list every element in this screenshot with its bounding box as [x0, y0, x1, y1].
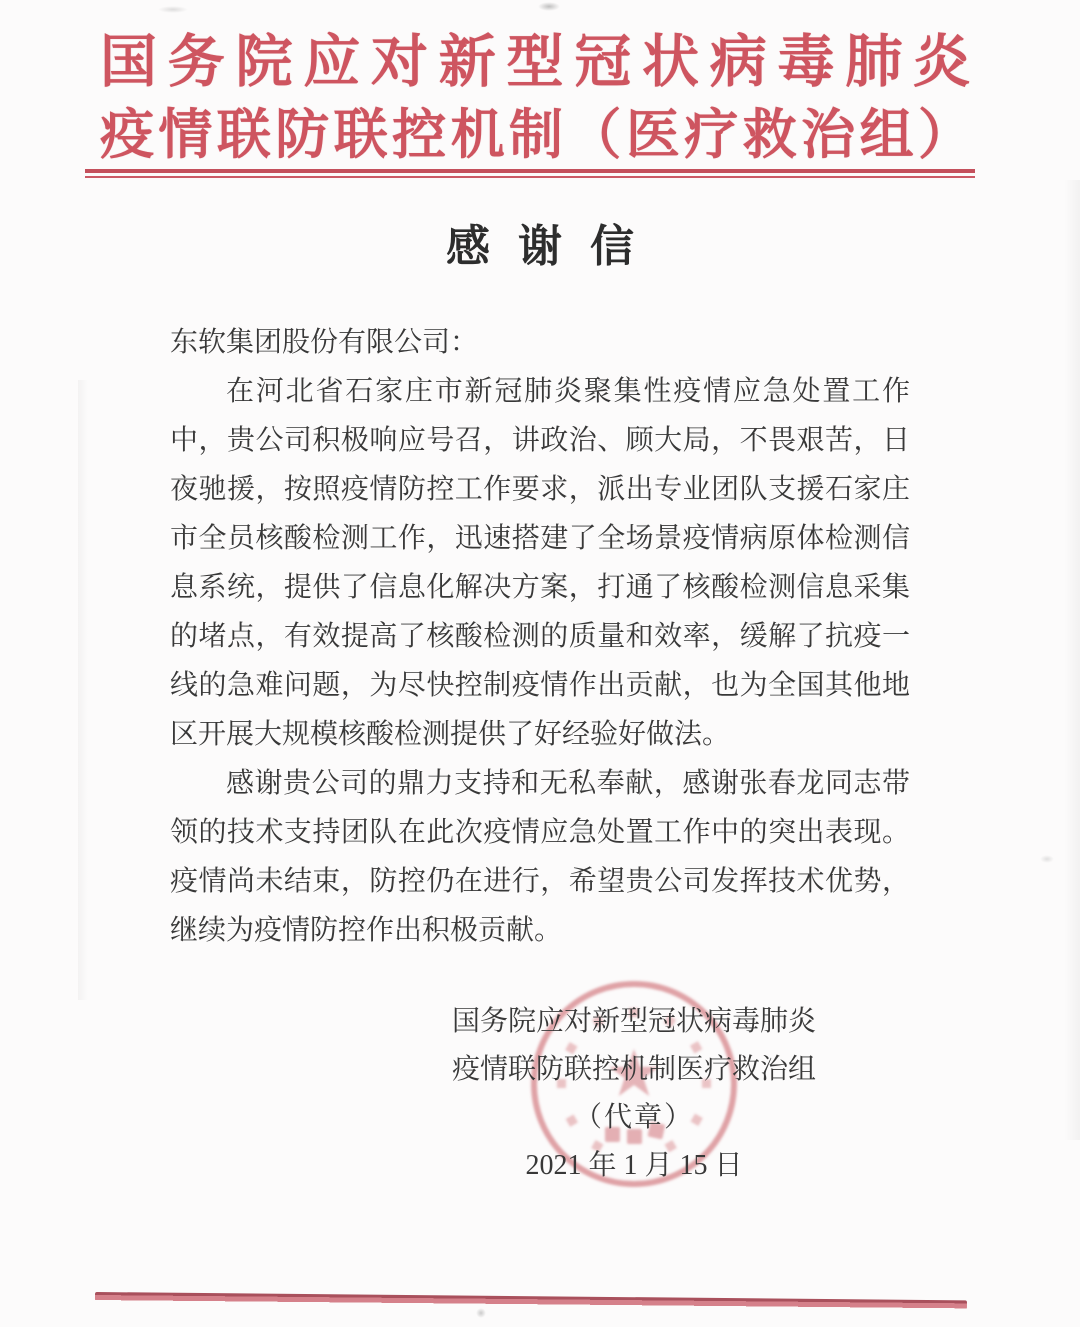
scan-smudge — [78, 380, 88, 1000]
body-line: 在河北省石家庄市新冠肺炎聚集性疫情应急处置工作 — [170, 367, 910, 416]
body-line: 继续为疫情防控作出积极贡献。 — [170, 906, 910, 955]
body-line: 中，贵公司积极响应号召，讲政治、顾大局，不畏艰苦，日 — [170, 416, 910, 465]
recipient-line: 东软集团股份有限公司： — [170, 318, 910, 367]
body-line: 区开展大规模核酸检测提供了好经验好做法。 — [170, 710, 910, 759]
body-line: 市全员核酸检测工作，迅速搭建了全场景疫情病原体检测信 — [170, 514, 910, 563]
body-line: 疫情尚未结束，防控仍在进行，希望贵公司发挥技术优势， — [170, 857, 910, 906]
letterhead-divider — [85, 169, 975, 179]
signature-seal-note: （代章） — [452, 1094, 816, 1142]
letterhead: 国务院应对新型冠状病毒肺炎 疫情联防联控机制（医疗救治组） — [100, 30, 972, 167]
signature-line-2: 疫情联防联控机制医疗救治组 — [452, 1046, 816, 1094]
scan-smudge — [538, 2, 560, 11]
scan-smudge — [158, 6, 188, 13]
body-line: 领的技术支持团队在此次疫情应急处置工作中的突出表现。 — [170, 808, 910, 857]
letter-body: 东软集团股份有限公司： 在河北省石家庄市新冠肺炎聚集性疫情应急处置工作 中，贵公… — [170, 318, 910, 955]
body-line: 感谢贵公司的鼎力支持和无私奉献，感谢张春龙同志带 — [170, 759, 910, 808]
letterhead-line-2: 疫情联防联控机制（医疗救治组） — [100, 104, 972, 167]
letter-title: 感谢信 — [0, 210, 1080, 274]
letterhead-line-1: 国务院应对新型冠状病毒肺炎 — [100, 30, 972, 96]
body-line: 线的急难问题，为尽快控制疫情作出贡献，也为全国其他地 — [170, 661, 910, 710]
scan-smudge — [1040, 855, 1054, 863]
signature-line-1: 国务院应对新型冠状病毒肺炎 — [452, 998, 816, 1046]
bottom-border-line — [95, 1292, 967, 1309]
scan-smudge — [1064, 180, 1080, 1140]
scan-smudge — [476, 1308, 486, 1318]
body-line: 息系统，提供了信息化解决方案，打通了核酸检测信息采集 — [170, 563, 910, 612]
body-line: 夜驰援，按照疫情防控工作要求，派出专业团队支援石家庄 — [170, 465, 910, 514]
body-line: 的堵点，有效提高了核酸检测的质量和效率，缓解了抗疫一 — [170, 612, 910, 661]
scanned-letter-page: 国务院应对新型冠状病毒肺炎 疫情联防联控机制（医疗救治组） 感谢信 东软集团股份… — [0, 0, 1080, 1327]
signature-block: 国务院应对新型冠状病毒肺炎 疫情联防联控机制医疗救治组 （代章） 2021 年 … — [452, 998, 816, 1190]
signature-date: 2021 年 1 月 15 日 — [452, 1142, 816, 1190]
